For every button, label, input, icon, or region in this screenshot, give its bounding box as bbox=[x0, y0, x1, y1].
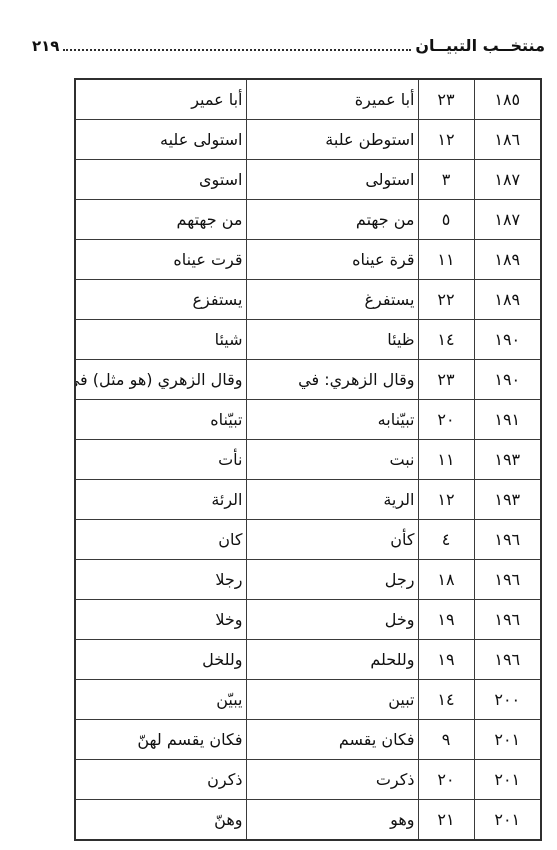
line-number-cell: ٥ bbox=[418, 200, 474, 240]
table-row: ١٩٦١٩وخلوخلا bbox=[75, 600, 541, 640]
page-number-cell: ٢٠١ bbox=[474, 760, 541, 800]
line-number-cell: ٢٢ bbox=[418, 280, 474, 320]
line-number-cell: ١٤ bbox=[418, 680, 474, 720]
page-number-cell: ١٩١ bbox=[474, 400, 541, 440]
line-number-cell: ٢٣ bbox=[418, 360, 474, 400]
table-row: ١٩٦١٩وللحلموللخل bbox=[75, 640, 541, 680]
table-row: ٢٠٠١٤تبينيبيّن bbox=[75, 680, 541, 720]
page-number-cell: ١٩٣ bbox=[474, 480, 541, 520]
incorrect-text-cell: تبين bbox=[246, 680, 418, 720]
correct-text-cell: شيئا bbox=[75, 320, 246, 360]
table-row: ١٩٦١٨رجلرجلا bbox=[75, 560, 541, 600]
correct-text-cell: ذكرن bbox=[75, 760, 246, 800]
correct-text-cell: وهنّ bbox=[75, 800, 246, 841]
correct-text-cell: كان bbox=[75, 520, 246, 560]
incorrect-text-cell: ذكرت bbox=[246, 760, 418, 800]
errata-table: ١٨٥٢٣أبا عميرةأبا عمير١٨٦١٢استوطن علبةاس… bbox=[74, 78, 542, 841]
page-number-cell: ١٨٦ bbox=[474, 120, 541, 160]
correct-text-cell: يبيّن bbox=[75, 680, 246, 720]
table-row: ١٨٩١١قرة عيناهقرت عيناه bbox=[75, 240, 541, 280]
line-number-cell: ٣ bbox=[418, 160, 474, 200]
correct-text-cell: رجلا bbox=[75, 560, 246, 600]
table-row: ١٩٠١٤ظيئاشيئا bbox=[75, 320, 541, 360]
correct-text-cell: نأت bbox=[75, 440, 246, 480]
page-number: ٢١٩ bbox=[32, 37, 59, 55]
running-head: منتخــب التبيــان ٢١٩ bbox=[32, 36, 545, 55]
incorrect-text-cell: نبت bbox=[246, 440, 418, 480]
correct-text-cell: استوى bbox=[75, 160, 246, 200]
correct-text-cell: أبا عمير bbox=[75, 79, 246, 120]
incorrect-text-cell: وللحلم bbox=[246, 640, 418, 680]
table-row: ١٩٣١١نبتنأت bbox=[75, 440, 541, 480]
line-number-cell: ١٢ bbox=[418, 480, 474, 520]
table-row: ١٨٧٥من جهتممن جهتهم bbox=[75, 200, 541, 240]
correct-text-cell: وخلا bbox=[75, 600, 246, 640]
page-number-cell: ٢٠٠ bbox=[474, 680, 541, 720]
incorrect-text-cell: الرية bbox=[246, 480, 418, 520]
line-number-cell: ٢٠ bbox=[418, 760, 474, 800]
book-title: منتخــب التبيــان bbox=[415, 36, 545, 55]
line-number-cell: ١٩ bbox=[418, 640, 474, 680]
table-row: ٢٠١٢١وهووهنّ bbox=[75, 800, 541, 841]
line-number-cell: ٤ bbox=[418, 520, 474, 560]
table-row: ١٨٧٣استولىاستوى bbox=[75, 160, 541, 200]
page-number-cell: ١٩٦ bbox=[474, 560, 541, 600]
page-number-cell: ١٩٠ bbox=[474, 320, 541, 360]
table-row: ١٨٩٢٢يستفرغيستفزع bbox=[75, 280, 541, 320]
incorrect-text-cell: رجل bbox=[246, 560, 418, 600]
incorrect-text-cell: استولى bbox=[246, 160, 418, 200]
incorrect-text-cell: وهو bbox=[246, 800, 418, 841]
page-number-cell: ١٩٦ bbox=[474, 520, 541, 560]
incorrect-text-cell: كأن bbox=[246, 520, 418, 560]
table-row: ١٩١٢٠تبيّنابهتبيّناه bbox=[75, 400, 541, 440]
page-number-cell: ٢٠١ bbox=[474, 800, 541, 841]
page-number-cell: ١٨٧ bbox=[474, 200, 541, 240]
incorrect-text-cell: وخل bbox=[246, 600, 418, 640]
incorrect-text-cell: يستفرغ bbox=[246, 280, 418, 320]
table-row: ٢٠١٩فكان يقسمفكان يقسم لهنّ bbox=[75, 720, 541, 760]
correct-text-cell: يستفزع bbox=[75, 280, 246, 320]
page-number-cell: ١٩٦ bbox=[474, 600, 541, 640]
table-row: ١٨٦١٢استوطن علبةاستولى عليه bbox=[75, 120, 541, 160]
line-number-cell: ١٤ bbox=[418, 320, 474, 360]
line-number-cell: ٩ bbox=[418, 720, 474, 760]
page-number-cell: ١٨٧ bbox=[474, 160, 541, 200]
incorrect-text-cell: استوطن علبة bbox=[246, 120, 418, 160]
incorrect-text-cell: قرة عيناه bbox=[246, 240, 418, 280]
line-number-cell: ١٢ bbox=[418, 120, 474, 160]
table-row: ١٨٥٢٣أبا عميرةأبا عمير bbox=[75, 79, 541, 120]
table-row: ١٩٦٤كأنكان bbox=[75, 520, 541, 560]
page-number-cell: ١٩٣ bbox=[474, 440, 541, 480]
correct-text-cell: فكان يقسم لهنّ bbox=[75, 720, 246, 760]
incorrect-text-cell: أبا عميرة bbox=[246, 79, 418, 120]
incorrect-text-cell: ظيئا bbox=[246, 320, 418, 360]
page-number-cell: ١٨٥ bbox=[474, 79, 541, 120]
page-number-cell: ١٨٩ bbox=[474, 280, 541, 320]
page-number-cell: ١٨٩ bbox=[474, 240, 541, 280]
table-row: ١٩٣١٢الريةالرئة bbox=[75, 480, 541, 520]
table-row: ١٩٠٢٣وقال الزهري: فيوقال الزهري (هو مثل)… bbox=[75, 360, 541, 400]
correct-text-cell: قرت عيناه bbox=[75, 240, 246, 280]
scanned-book-page: منتخــب التبيــان ٢١٩ ١٨٥٢٣أبا عميرةأبا … bbox=[0, 0, 557, 850]
table-row: ٢٠١٢٠ذكرتذكرن bbox=[75, 760, 541, 800]
incorrect-text-cell: وقال الزهري: في bbox=[246, 360, 418, 400]
correct-text-cell: الرئة bbox=[75, 480, 246, 520]
line-number-cell: ٢٠ bbox=[418, 400, 474, 440]
dotted-leader bbox=[63, 48, 411, 51]
line-number-cell: ١١ bbox=[418, 440, 474, 480]
line-number-cell: ١٩ bbox=[418, 600, 474, 640]
line-number-cell: ٢١ bbox=[418, 800, 474, 841]
line-number-cell: ١١ bbox=[418, 240, 474, 280]
page-number-cell: ١٩٦ bbox=[474, 640, 541, 680]
line-number-cell: ١٨ bbox=[418, 560, 474, 600]
correct-text-cell: من جهتهم bbox=[75, 200, 246, 240]
errata-table-body: ١٨٥٢٣أبا عميرةأبا عمير١٨٦١٢استوطن علبةاس… bbox=[75, 79, 541, 840]
line-number-cell: ٢٣ bbox=[418, 79, 474, 120]
correct-text-cell: استولى عليه bbox=[75, 120, 246, 160]
correct-text-cell: وقال الزهري (هو مثل) في bbox=[75, 360, 246, 400]
correct-text-cell: تبيّناه bbox=[75, 400, 246, 440]
incorrect-text-cell: فكان يقسم bbox=[246, 720, 418, 760]
incorrect-text-cell: من جهتم bbox=[246, 200, 418, 240]
incorrect-text-cell: تبيّنابه bbox=[246, 400, 418, 440]
correct-text-cell: وللخل bbox=[75, 640, 246, 680]
page-number-cell: ٢٠١ bbox=[474, 720, 541, 760]
page-number-cell: ١٩٠ bbox=[474, 360, 541, 400]
